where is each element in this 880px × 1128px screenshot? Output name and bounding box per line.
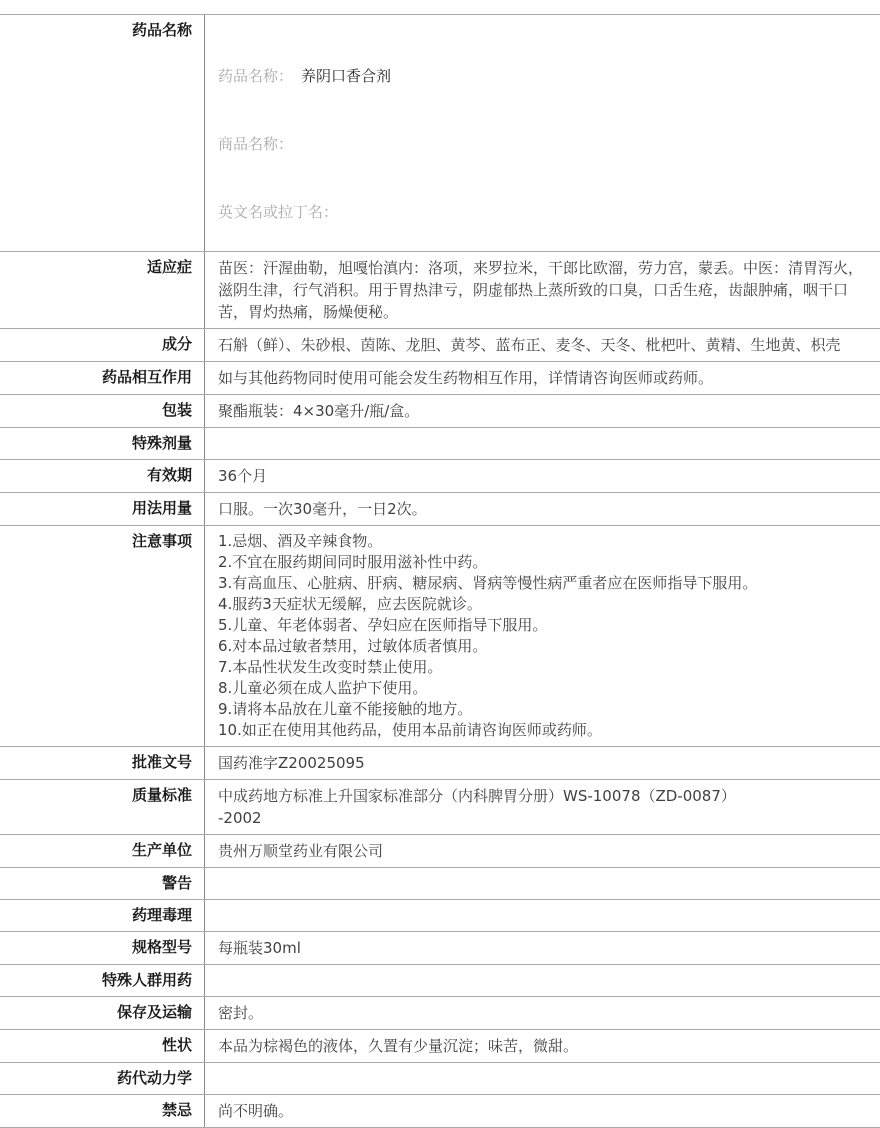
row-value-pharmacology-toxicology — [205, 900, 880, 931]
table-row-dosage-administration: 用法用量 口服。一次30毫升，一日2次。 — [0, 493, 880, 526]
row-label-quality-standard: 质量标准 — [0, 780, 205, 834]
table-row-manufacturer: 生产单位 贵州万顺堂药业有限公司 — [0, 835, 880, 868]
drug-info-table: 药品名称 药品名称：养阴口香合剂 商品名称： 英文名或拉丁名： 适应症 苗医：汗… — [0, 14, 880, 1128]
table-row-contraindications: 禁忌 尚不明确。 — [0, 1095, 880, 1128]
table-row-specification: 规格型号 每瓶装30ml — [0, 932, 880, 965]
table-row-special-dosage: 特殊剂量 — [0, 428, 880, 460]
row-value-pharmacokinetics — [205, 1063, 880, 1094]
table-row-properties: 性状 本品为棕褐色的液体，久置有少量沉淀；味苦，微甜。 — [0, 1030, 880, 1063]
row-label-contraindications: 禁忌 — [0, 1095, 205, 1127]
row-value-drug-interactions: 如与其他药物同时使用可能会发生药物相互作用，详情请咨询医师或药师。 — [205, 362, 880, 394]
row-value-indications: 苗医：汗渥曲勒，旭嘎怡滇内：洛项，来罗拉米，干郎比欧溜，劳力宫，蒙丢。中医：清胃… — [205, 252, 880, 328]
row-value-approval-number: 国药准字Z20025095 — [205, 747, 880, 779]
row-value-dosage-administration: 口服。一次30毫升，一日2次。 — [205, 493, 880, 525]
english-name-line: 英文名或拉丁名： — [218, 178, 864, 224]
row-label-special-populations: 特殊人群用药 — [0, 965, 205, 996]
row-value-storage-transport: 密封。 — [205, 997, 880, 1029]
table-row-storage-transport: 保存及运输 密封。 — [0, 997, 880, 1030]
drug-name-value: 养阴口香合剂 — [301, 67, 391, 85]
table-row-warning: 警告 — [0, 868, 880, 900]
row-value-manufacturer: 贵州万顺堂药业有限公司 — [205, 835, 880, 867]
row-value-validity-period: 36个月 — [205, 460, 880, 492]
row-label-specification: 规格型号 — [0, 932, 205, 964]
row-value-specification: 每瓶装30ml — [205, 932, 880, 964]
row-value-properties: 本品为棕褐色的液体，久置有少量沉淀；味苦，微甜。 — [205, 1030, 880, 1062]
row-label-packaging: 包装 — [0, 395, 205, 427]
table-row-special-populations: 特殊人群用药 — [0, 965, 880, 997]
table-row-drug-interactions: 药品相互作用 如与其他药物同时使用可能会发生药物相互作用，详情请咨询医师或药师。 — [0, 362, 880, 395]
row-value-packaging: 聚酯瓶装：4×30毫升/瓶/盒。 — [205, 395, 880, 427]
row-value-quality-standard: 中成药地方标准上升国家标准部分（内科脾胃分册）WS-10078（ZD-0087）… — [205, 780, 880, 834]
row-value-drug-name: 药品名称：养阴口香合剂 商品名称： 英文名或拉丁名： — [205, 15, 880, 251]
row-label-manufacturer: 生产单位 — [0, 835, 205, 867]
row-label-drug-interactions: 药品相互作用 — [0, 362, 205, 394]
row-label-approval-number: 批准文号 — [0, 747, 205, 779]
row-value-special-dosage — [205, 428, 880, 459]
row-label-pharmacokinetics: 药代动力学 — [0, 1063, 205, 1094]
trade-name-sublabel: 商品名称： — [218, 135, 293, 153]
row-label-warning: 警告 — [0, 868, 205, 899]
row-label-storage-transport: 保存及运输 — [0, 997, 205, 1029]
row-value-precautions: 1.忌烟、酒及辛辣食物。 2.不宜在服药期间同时服用滋补性中药。 3.有高血压、… — [205, 526, 880, 746]
row-value-contraindications: 尚不明确。 — [205, 1095, 880, 1127]
row-label-validity-period: 有效期 — [0, 460, 205, 492]
trade-name-line: 商品名称： — [218, 110, 864, 156]
table-row-indications: 适应症 苗医：汗渥曲勒，旭嘎怡滇内：洛项，来罗拉米，干郎比欧溜，劳力宫，蒙丢。中… — [0, 252, 880, 329]
row-value-special-populations — [205, 965, 880, 996]
table-row-approval-number: 批准文号 国药准字Z20025095 — [0, 747, 880, 780]
drug-name-sublabel: 药品名称： — [218, 67, 293, 85]
table-row-precautions: 注意事项 1.忌烟、酒及辛辣食物。 2.不宜在服药期间同时服用滋补性中药。 3.… — [0, 526, 880, 747]
table-row-pharmacokinetics: 药代动力学 — [0, 1063, 880, 1095]
row-label-pharmacology-toxicology: 药理毒理 — [0, 900, 205, 931]
row-label-properties: 性状 — [0, 1030, 205, 1062]
drug-name-line: 药品名称：养阴口香合剂 — [218, 42, 864, 88]
table-row-ingredients: 成分 石斛（鲜）、朱砂根、茵陈、龙胆、黄芩、蓝布正、麦冬、天冬、枇杷叶、黄精、生… — [0, 329, 880, 362]
row-label-indications: 适应症 — [0, 252, 205, 328]
row-label-precautions: 注意事项 — [0, 526, 205, 746]
row-value-warning — [205, 868, 880, 899]
row-label-drug-name: 药品名称 — [0, 15, 205, 251]
table-row-packaging: 包装 聚酯瓶装：4×30毫升/瓶/盒。 — [0, 395, 880, 428]
row-label-ingredients: 成分 — [0, 329, 205, 361]
table-row-quality-standard: 质量标准 中成药地方标准上升国家标准部分（内科脾胃分册）WS-10078（ZD-… — [0, 780, 880, 835]
row-label-dosage-administration: 用法用量 — [0, 493, 205, 525]
english-name-sublabel: 英文名或拉丁名： — [218, 203, 338, 221]
table-row-drug-name: 药品名称 药品名称：养阴口香合剂 商品名称： 英文名或拉丁名： — [0, 15, 880, 252]
table-row-pharmacology-toxicology: 药理毒理 — [0, 900, 880, 932]
row-value-ingredients: 石斛（鲜）、朱砂根、茵陈、龙胆、黄芩、蓝布正、麦冬、天冬、枇杷叶、黄精、生地黄、… — [205, 329, 880, 361]
row-label-special-dosage: 特殊剂量 — [0, 428, 205, 459]
table-row-validity-period: 有效期 36个月 — [0, 460, 880, 493]
